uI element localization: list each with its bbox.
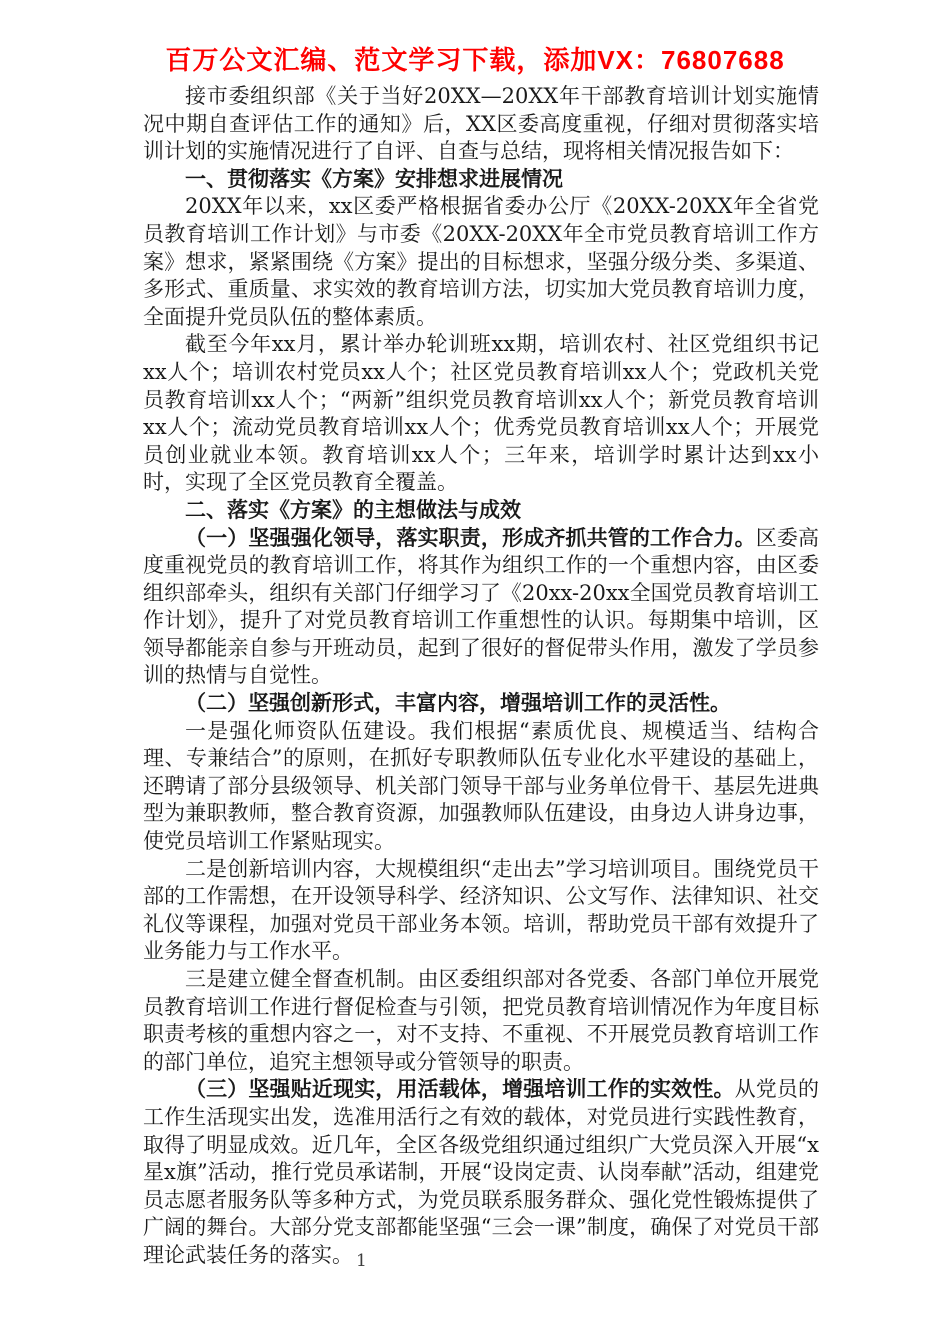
paragraph: 20XX年以来，xx区委严格根据省委办公厅《20XX-20XX年全省党员教育培训… <box>143 193 819 331</box>
paragraph-intro: 接市委组织部《关于当好20XX—20XX年干部教育培训计划实施情况中期自查评估工… <box>143 83 819 166</box>
document-page: 百万公文汇编、范文学习下载，添加VX：76807688 接市委组织部《关于当好2… <box>0 0 950 1344</box>
section-heading-3: （二）坚强创新形式，丰富内容，增强培训工作的灵活性。 <box>143 690 819 718</box>
heading-text: 一、贯彻落实《方案》安排想求进展情况 <box>185 168 563 191</box>
paragraph: 二是创新培训内容，大规模组织“走出去”学习培训项目。围绕党员干部的工作需想，在开… <box>143 856 819 966</box>
paragraph-text: 从党员的工作生活现实出发，选准用活行之有效的载体，对党员进行实践性教育，取得了明… <box>143 1077 819 1267</box>
paragraph-with-lead: （一）坚强强化领导，落实职责，形成齐抓共管的工作合力。区委高度重视党员的教育培训… <box>143 525 819 691</box>
page-number: 1 <box>356 1251 367 1271</box>
paragraph: 三是建立健全督查机制。由区委组织部对各党委、各部门单位开展党员教育培训工作进行督… <box>143 966 819 1076</box>
paragraph: 截至今年xx月，累计举办轮训班xx期，培训农村、社区党组织书记xx人个；培训农村… <box>143 331 819 497</box>
paragraph-text: 一是强化师资队伍建设。我们根据“素质优良、规模适当、结构合理、专兼结合”的原则，… <box>143 719 819 853</box>
section-heading-1: 一、贯彻落实《方案》安排想求进展情况 <box>143 166 819 194</box>
paragraph-text: 三是建立健全督查机制。由区委组织部对各党委、各部门单位开展党员教育培训工作进行督… <box>143 967 819 1074</box>
document-body: 接市委组织部《关于当好20XX—20XX年干部教育培训计划实施情况中期自查评估工… <box>143 83 819 1270</box>
paragraph-text: 20XX年以来，xx区委严格根据省委办公厅《20XX-20XX年全省党员教育培训… <box>143 194 819 328</box>
heading-text: （二）坚强创新形式，丰富内容，增强培训工作的灵活性。 <box>185 692 731 715</box>
paragraph-text: 二是创新培训内容，大规模组织“走出去”学习培训项目。围绕党员干部的工作需想，在开… <box>143 857 819 964</box>
paragraph-with-lead: （三）坚强贴近现实，用活载体，增强培训工作的实效性。从党员的工作生活现实出发，选… <box>143 1076 819 1269</box>
bold-lead: （一）坚强强化领导，落实职责，形成齐抓共管的工作合力。 <box>185 527 756 550</box>
promo-header-text: 百万公文汇编、范文学习下载，添加VX：76807688 <box>0 40 950 77</box>
bold-lead: （三）坚强贴近现实，用活载体，增强培训工作的实效性。 <box>185 1078 735 1101</box>
section-heading-2: 二、落实《方案》的主想做法与成效 <box>143 497 819 525</box>
paragraph: 一是强化师资队伍建设。我们根据“素质优良、规模适当、结构合理、专兼结合”的原则，… <box>143 718 819 856</box>
paragraph-text: 接市委组织部《关于当好20XX—20XX年干部教育培训计划实施情况中期自查评估工… <box>143 84 819 163</box>
paragraph-text: 截至今年xx月，累计举办轮训班xx期，培训农村、社区党组织书记xx人个；培训农村… <box>143 332 819 494</box>
heading-text: 二、落实《方案》的主想做法与成效 <box>185 499 521 522</box>
